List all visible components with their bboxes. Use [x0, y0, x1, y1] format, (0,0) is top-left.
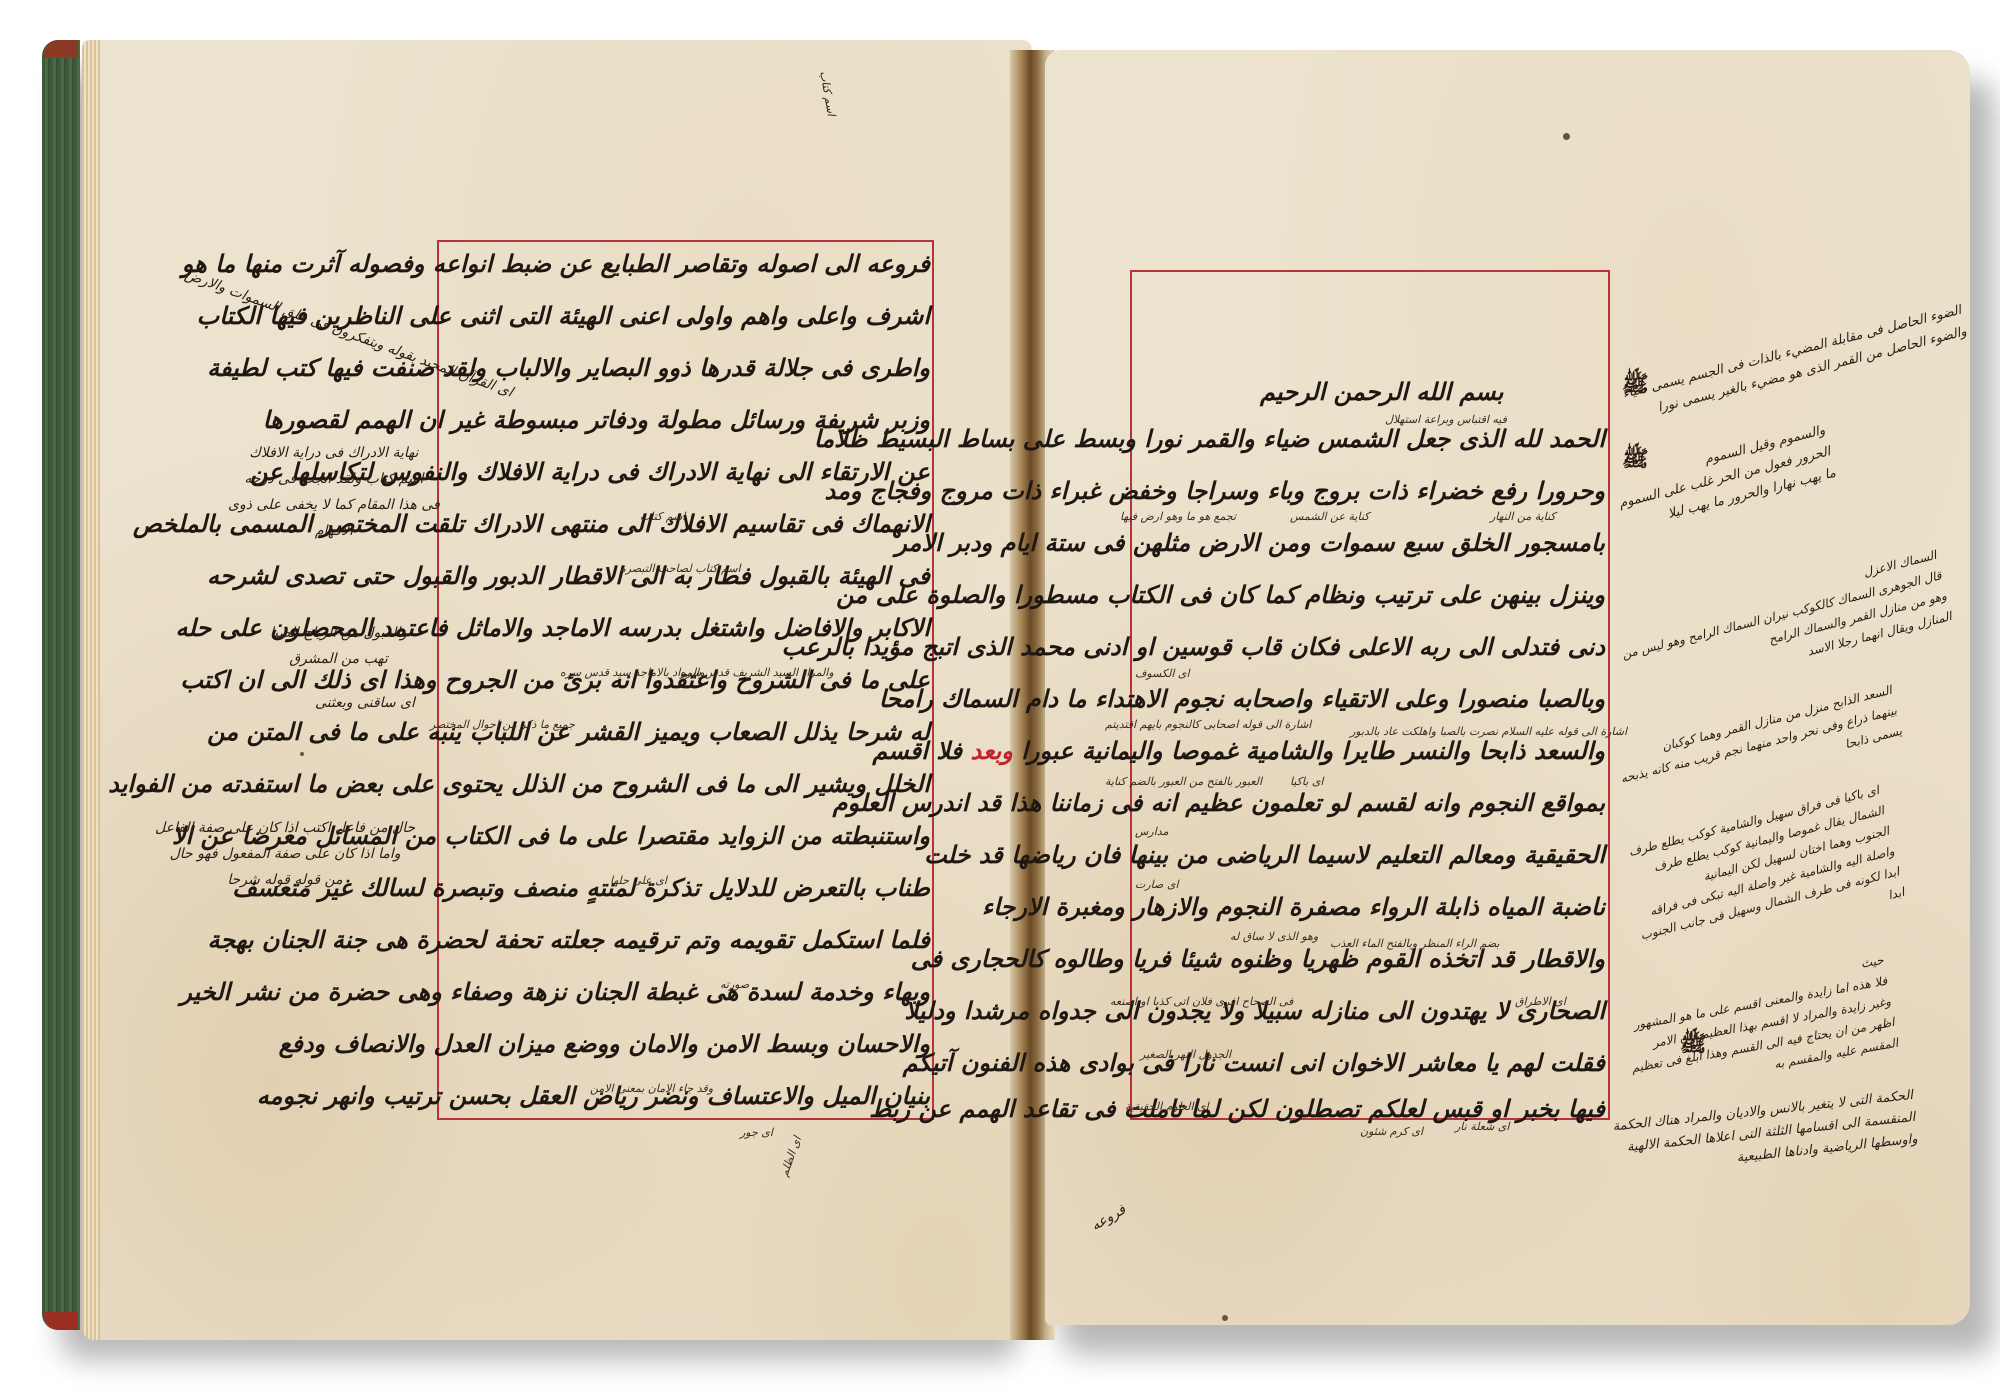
basmala-heading: بسم الله الرحمن الرحيم	[1260, 378, 1503, 406]
text-line: الحقيقية ومعالم التعليم لاسيما الرياضى م…	[924, 841, 1605, 869]
interlinear-gloss: بضم الراء المنظر وبالفتح الماء العذب	[1330, 937, 1500, 950]
text-line: فقلت لهم يا معاشر الاخوان انى انست نارا …	[903, 1049, 1605, 1077]
text-line: والاقطار قد اتخذه القوم ظهريا وظنوه شيئا…	[911, 945, 1605, 973]
text-line: بامسجور الخلق سبع سموات ومن الارض مثلهن …	[895, 529, 1605, 557]
text-line: وبالصبا منصورا وعلى الاتقياء واصحابه نجو…	[879, 685, 1605, 713]
interlinear-gloss: اى الكسوف	[1135, 667, 1190, 680]
interlinear-gloss: صورته	[720, 978, 749, 991]
sah-sign-icon: ﷺ	[1622, 370, 1649, 402]
margin-note-nihaya: نهاية الادراك فى دراية الافلاك اسم كتاب …	[228, 440, 440, 544]
sah-sign-icon: ﷺ	[1680, 1030, 1707, 1062]
text-line: فى الهيئة بالقبول فطار به الى الاقطار ال…	[207, 562, 930, 590]
interlinear-gloss: جميع ما ذكر من احوال المختصر	[430, 718, 575, 731]
text-line-with-rubric: والسعد ذابحا والنسر طايرا والشامية غموصا…	[872, 737, 1605, 765]
text-line: الخلل ويشير الى ما فى الشروح من الذلل يح…	[108, 770, 930, 798]
rubric-word: وبعد	[970, 737, 1012, 765]
interlinear-gloss: تجمع هو ما وهو ارض فيها	[1120, 510, 1236, 523]
interlinear-gloss: اى الاطراق	[1515, 995, 1566, 1008]
interlinear-gloss: والمراد بالاماجد سيد قدس سره	[560, 666, 704, 679]
interlinear-gloss: اى كرم شئون	[1360, 1125, 1423, 1138]
right-text-block: الحمد لله الذى جعل الشمس ضياء والقمر نور…	[1135, 425, 1605, 1115]
interlinear-gloss: اى صارت	[1135, 878, 1179, 891]
spine-cap-top	[44, 40, 78, 58]
interlinear-gloss: اسم كتاب لصاحب التبصرة	[620, 562, 741, 575]
text-line: الحمد لله الذى جعل الشمس ضياء والقمر نور…	[814, 425, 1605, 453]
text-line: دنى فتدلى الى ربه الاعلى فكان قاب قوسين …	[782, 633, 1605, 661]
interlinear-gloss: اشارة الى قوله اصحابى كالنجوم بايهم اقتد…	[1105, 718, 1311, 731]
text-line: فيها بخبر او قبس لعلكم تصطلون لكن لما تا…	[869, 1095, 1605, 1123]
interlinear-gloss: وهو الذى لا ساق له	[1230, 930, 1318, 943]
ink-spot	[300, 752, 304, 756]
interlinear-gloss: كناية من النهار	[1490, 510, 1556, 523]
interlinear-gloss: اى على حلها	[610, 874, 667, 887]
interlinear-gloss: وقد جاء الامان بمعنى الامن	[590, 1082, 713, 1095]
interlinear-gloss: العبور بالفتح من العبور بالضم كناية	[1105, 775, 1262, 788]
left-page-edge-stack	[82, 40, 100, 1340]
margin-note-hal: حال من فاعل اكتب اذا كان على صفة الفاعل …	[155, 815, 415, 893]
text-line: وحرورا رفع خضراء ذات بروج وباء وسراجا وخ…	[824, 477, 1605, 505]
text-line: واطرى فى جلالة قدرها ذوو البصاير والالبا…	[207, 354, 930, 382]
margin-note-qabul: والقبول من الرياح الصبا تهب من المشرق	[270, 620, 407, 672]
green-cloth-spine	[42, 40, 80, 1330]
interlinear-gloss: كناية عن الشمس	[1290, 510, 1369, 523]
interlinear-gloss: اسم كتاب	[640, 510, 685, 523]
text-line: ناضبة المياه ذابلة الرواء مصفرة النجوم و…	[982, 893, 1605, 921]
text-line: بمواقع النجوم وانه لقسم لو تعلمون عظيم ا…	[833, 789, 1605, 817]
interlinear-gloss: اى شعلة نار	[1455, 1120, 1509, 1133]
interlinear-gloss: اى باكيا	[1290, 775, 1323, 788]
text-line: وبهاء وخدمة لسدة هى غبطة الجنان نزهة وصف…	[180, 978, 930, 1006]
interlinear-gloss: مدارس	[1135, 825, 1168, 838]
interlinear-gloss: الجدول النهر الصغير	[1140, 1048, 1231, 1061]
text-line: وينزل بينهن على ترتيب ونظام كما كان فى ا…	[836, 581, 1605, 609]
margin-note-saqani: اى ساقنى وبعثنى	[315, 690, 415, 716]
text-line: والاحسان وبسط الامن والامان ووضع ميزان ا…	[279, 1030, 930, 1058]
text-line: فروعه الى اصوله وتقاصر الطبايع عن ضبط ان…	[182, 250, 930, 278]
spine-cap-bottom	[44, 1312, 78, 1330]
text-line: فلما استكمل تقويمه وتم ترقيمه جعلته تحفة…	[207, 926, 930, 954]
interlinear-gloss: فى الصحاح افرى فلان اتى كذبا او اصنعه	[1110, 995, 1293, 1008]
ink-spot	[1222, 1315, 1228, 1321]
interlinear-gloss: اى جور	[740, 1126, 773, 1139]
sah-sign-icon: ﷺ	[1622, 445, 1649, 477]
interlinear-gloss: اى العلوم الحقيقية	[1125, 1100, 1209, 1113]
interlinear-gloss: اشارة الى قوله عليه السلام نصرت بالصبا و…	[1350, 725, 1627, 738]
ink-spot	[1563, 133, 1570, 140]
